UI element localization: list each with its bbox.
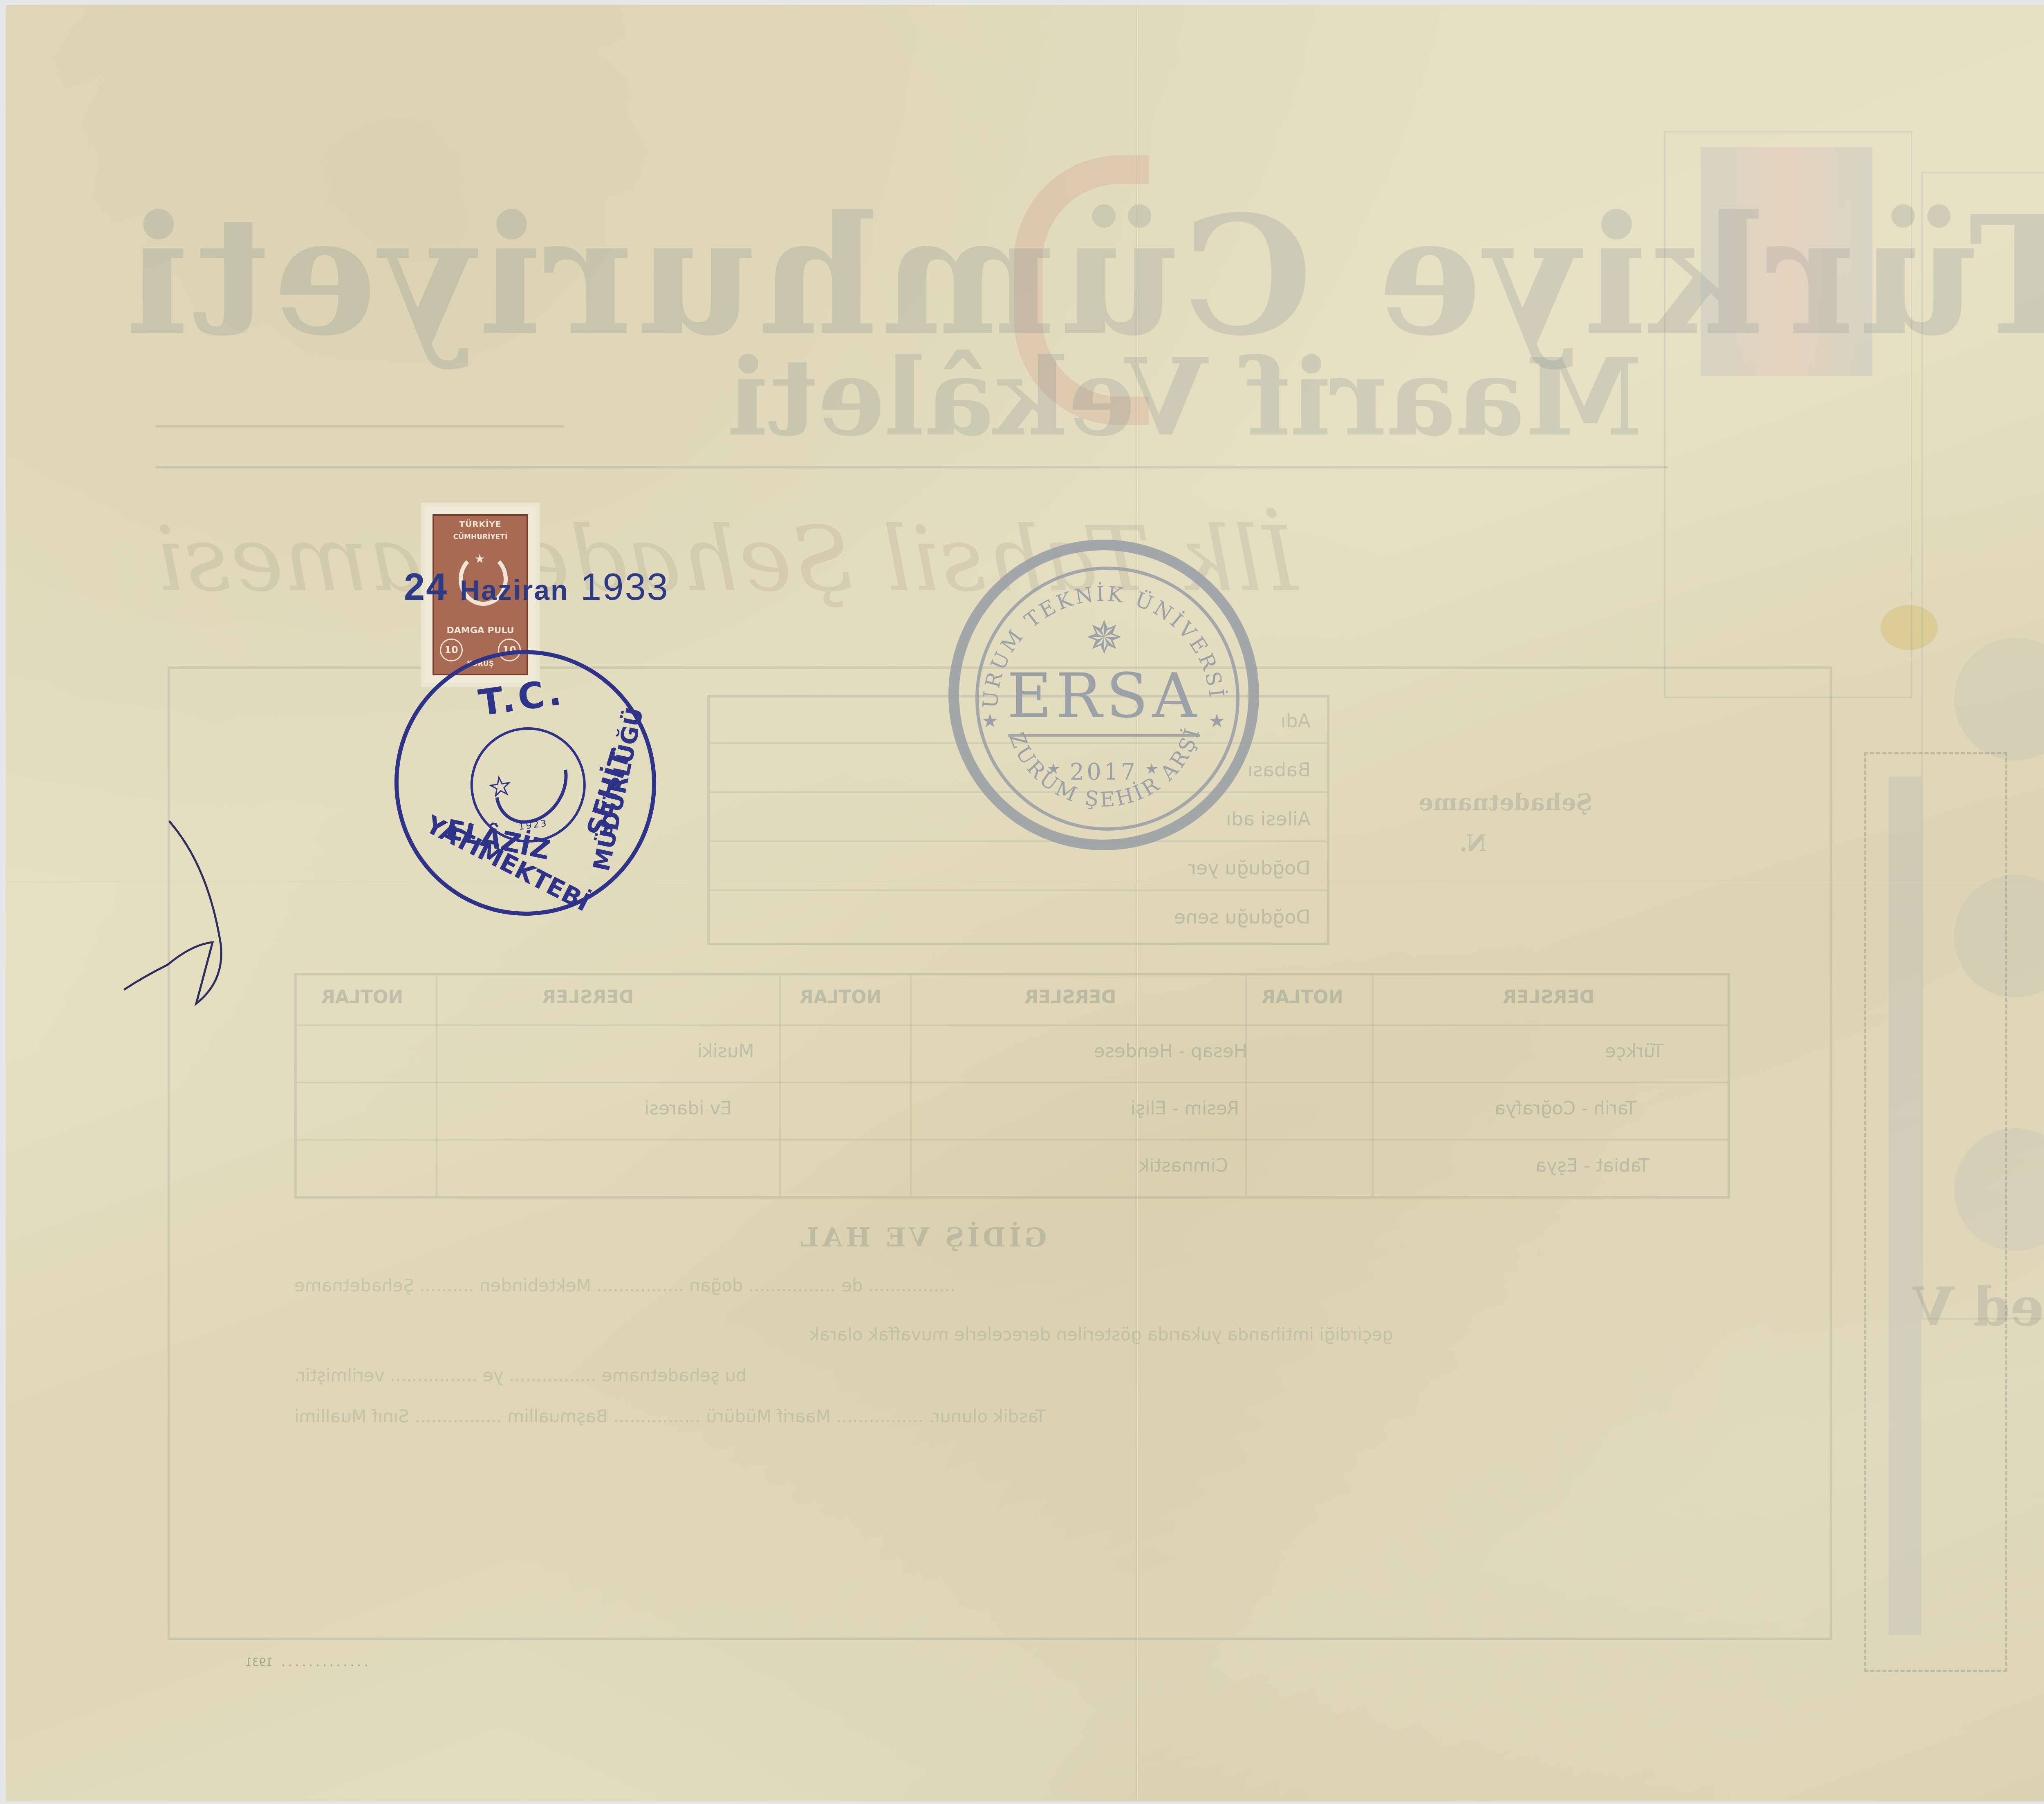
bleed-side-bar — [1889, 777, 1921, 1635]
archive-stamp-rule — [1008, 734, 1200, 737]
form-row-divider — [710, 890, 1327, 891]
table-cell: Cimnastik — [1139, 1155, 1228, 1176]
star-icon: ★ — [1047, 761, 1060, 778]
star-icon: ★ — [487, 771, 513, 802]
table-cell: Hesap - Hendese — [1094, 1041, 1247, 1062]
table-header: DERSLER — [1503, 987, 1594, 1008]
bleed-decorative-initial — [1701, 147, 1872, 376]
table-row-divider — [297, 1139, 1728, 1141]
seal-top-text: T.C. — [476, 670, 567, 724]
star-icon: ★ — [1145, 761, 1158, 778]
revenue-stamp-type: DAMGA PULU — [434, 625, 527, 636]
form-label: Adı — [1281, 710, 1311, 732]
table-header: NOTLAR — [800, 987, 881, 1008]
form-label: Babası — [1248, 759, 1311, 781]
bleed-title-line-2: Maarif Vekâleti — [728, 335, 1643, 460]
star-icon: ★ — [1208, 710, 1225, 732]
table-cell: Tarih - Coğrafya — [1495, 1098, 1636, 1119]
bleed-conduct-line: ................ de ................ doğ… — [294, 1275, 955, 1295]
archive-stamp: ERZURUM TEKNİK ÜNİVERSİTESİ ERZURUM ŞEHİ… — [948, 540, 1259, 850]
star-icon: ★ — [982, 710, 998, 732]
table-col-divider — [779, 975, 781, 1196]
table-header: NOTLAR — [321, 987, 403, 1008]
table-cell: Resim - Elişi — [1131, 1098, 1239, 1119]
form-label: Doğduğu yer — [1188, 857, 1311, 879]
date-month: Haziran — [460, 575, 569, 606]
bleed-certificate-no: N. — [1459, 830, 1487, 857]
table-cell: Türkçe — [1605, 1041, 1664, 1062]
snowflake-icon: ✵ — [1082, 612, 1127, 664]
bleed-print-mark: ............. 1931 — [245, 1656, 369, 1669]
bleed-rule — [155, 466, 1668, 468]
table-header: DERSLER — [1024, 987, 1116, 1008]
date-year: 1933 — [580, 566, 669, 608]
table-row-divider — [297, 1082, 1728, 1083]
bleed-grade-table: NOTLAR DERSLER NOTLAR DERSLER NOTLAR DER… — [294, 973, 1730, 1199]
table-col-divider — [910, 975, 912, 1196]
bleed-certificate-label: Şehadetname — [1419, 789, 1593, 816]
bleed-rule — [155, 425, 564, 428]
table-cell: Ev idaresi — [644, 1098, 732, 1119]
archive-stamp-name: ERSA — [959, 661, 1248, 732]
form-label: Doğduğu sene — [1174, 906, 1311, 928]
table-row-divider — [297, 1024, 1728, 1026]
handwritten-arrow-icon — [102, 818, 266, 1063]
table-col-divider — [436, 975, 437, 1196]
revenue-stamp-value-left: 10 — [440, 639, 463, 661]
date-day: 24 — [404, 566, 448, 608]
archive-stamp-year: 2017 — [959, 759, 1248, 785]
table-col-divider — [1245, 975, 1247, 1196]
star-icon: ★ — [474, 552, 485, 566]
table-cell: Tabiat - Eşya — [1535, 1155, 1650, 1176]
table-cell: Musiki — [697, 1041, 754, 1062]
table-header: NOTLAR — [1262, 987, 1343, 1008]
bleed-side-panel-text: Aded V — [1913, 1275, 2044, 1338]
revenue-stamp-republic: CÜMHURİYETİ — [434, 533, 527, 541]
table-header: DERSLER — [542, 987, 634, 1008]
revenue-stamp-country: TÜRKİYE — [434, 519, 527, 529]
table-col-divider — [1372, 975, 1374, 1196]
bleed-conduct-line: bu şehadetname ................ ye .....… — [294, 1365, 747, 1385]
bleed-conduct-line: Tasdik olunur. ................ Maarif M… — [294, 1406, 1046, 1426]
form-row-divider — [710, 840, 1327, 842]
bleed-conduct-line: geçirdiği imtihanda yukarıda gösterilen … — [809, 1324, 1393, 1345]
date-stamp: 24 Haziran 1933 — [404, 566, 669, 609]
bleed-side-border — [1864, 752, 2007, 1672]
bleed-conduct-heading: GİDİŞ VE HAL — [797, 1222, 1047, 1253]
